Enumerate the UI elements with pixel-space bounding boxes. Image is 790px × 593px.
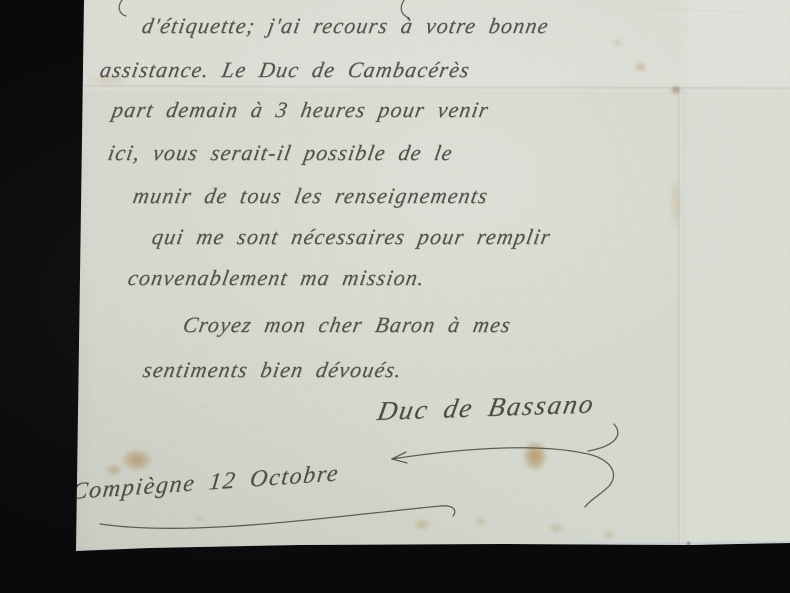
paper-bottom-edge bbox=[78, 541, 790, 551]
signature-flourish bbox=[392, 448, 614, 507]
stain bbox=[474, 517, 487, 526]
fold-crease-top-right bbox=[655, 8, 747, 13]
stain bbox=[549, 523, 564, 533]
stain bbox=[106, 464, 122, 476]
fold-crease-horizontal bbox=[84, 85, 790, 91]
stain bbox=[122, 449, 152, 471]
stain bbox=[634, 62, 647, 72]
signature-tail bbox=[588, 424, 618, 451]
signature-flourish-barb bbox=[392, 452, 407, 463]
stain bbox=[671, 86, 681, 94]
handwritten-line: d'étiquette; j'ai recours à votre bonne bbox=[140, 13, 551, 39]
stain bbox=[413, 519, 431, 530]
dateline-underline bbox=[100, 506, 455, 529]
handwritten-line: assistance. Le Duc de Cambacérès bbox=[98, 57, 472, 83]
fold-crease-vertical bbox=[678, 86, 683, 546]
fold-crease-diagonal bbox=[76, 385, 255, 406]
stain bbox=[193, 514, 205, 522]
handwritten-line: qui me sont nécessaires pour remplir bbox=[150, 224, 553, 250]
stain bbox=[612, 38, 623, 47]
signature: Duc de Bassano bbox=[375, 388, 597, 427]
cutoff-stroke-top-left bbox=[119, 0, 126, 16]
letter-paper: d'étiquette; j'ai recours à votre bonne … bbox=[0, 0, 790, 593]
stain bbox=[523, 441, 547, 471]
handwritten-line: ici, vous serait-il possible de le bbox=[106, 140, 455, 166]
fold-crease-diagonal bbox=[72, 387, 329, 430]
handwritten-line: convenablement ma mission. bbox=[126, 265, 427, 291]
fold-crease-diagonal bbox=[72, 428, 269, 468]
handwritten-line: munir de tous les renseignements bbox=[131, 183, 490, 209]
stain bbox=[670, 175, 682, 230]
stain bbox=[603, 531, 615, 539]
photo-background: d'étiquette; j'ai recours à votre bonne … bbox=[0, 0, 790, 593]
handwritten-line: sentiments bien dévoués. bbox=[141, 357, 405, 383]
handwritten-line: part demain à 3 heures pour venir bbox=[110, 97, 491, 123]
handwritten-line: Croyez mon cher Baron à mes bbox=[181, 312, 513, 338]
